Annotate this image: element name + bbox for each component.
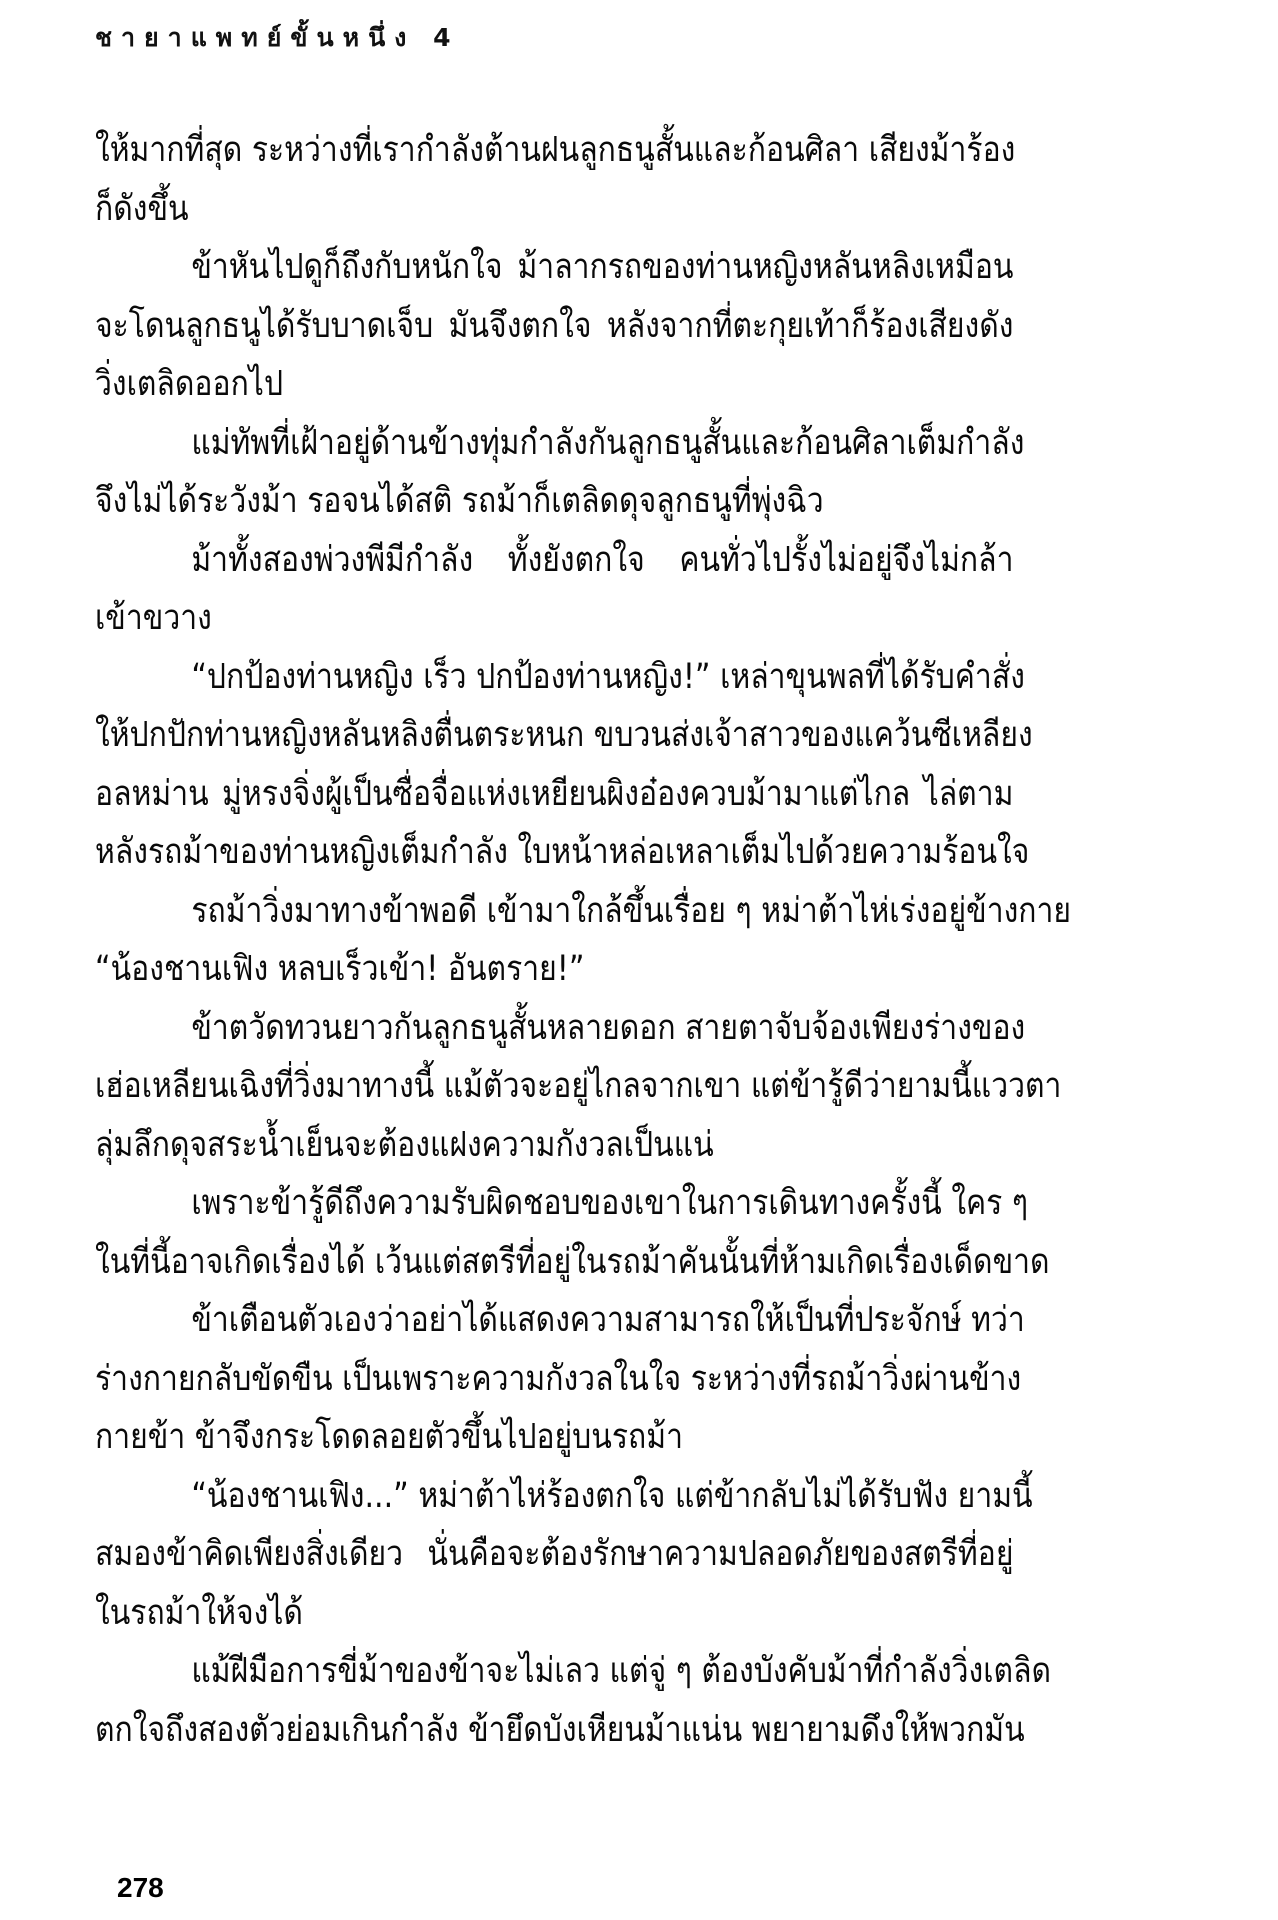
text-line: แม่ทัพที่เฝ้าอยู่ด้านข้างทุ่มกำลังกันลูก… <box>95 421 1013 465</box>
text-line: ตกใจถึงสองตัวย่อมเกินกำลัง ข้ายึดบังเหีย… <box>95 1708 1013 1752</box>
text-line: วิ่งเตลิดออกไป <box>95 362 1013 406</box>
text-line: ในที่นี้อาจเกิดเรื่องได้ เว้นแต่สตรีที่อ… <box>95 1240 1013 1284</box>
text-line: รถม้าวิ่งมาทางข้าพอดี เข้ามาใกล้ขึ้นเรื่… <box>95 889 1013 933</box>
text-line: “น้องชานเฟิง...” หม่าต้าไห่ร้องตกใจ แต่ข… <box>95 1474 1013 1518</box>
text-line: เข้าขวาง <box>95 596 1013 640</box>
text-line: ข้าหันไปดูก็ถึงกับหนักใจ ม้าลากรถของท่าน… <box>95 245 1013 289</box>
text-line: ข้าตวัดทวนยาวกันลูกธนูสั้นหลายดอก สายตาจ… <box>95 1006 1013 1050</box>
text-line: “น้องชานเฟิง หลบเร็วเข้า! อันตราย!” <box>95 947 1013 991</box>
text-line: จึงไม่ได้ระวังม้า รอจนได้สติ รถม้าก็เตลิ… <box>95 479 1013 523</box>
text-line: ม้าทั้งสองพ่วงพีมีกำลัง ทั้งยังตกใจ คนทั… <box>95 538 1013 582</box>
running-header-title: ชายาแพทย์ขั้นหนึ่ง 4 <box>95 18 459 58</box>
text-line: สมองข้าคิดเพียงสิ่งเดียว นั่นคือจะต้องรั… <box>95 1532 1013 1576</box>
text-line: ก็ดังขึ้น <box>95 187 1013 231</box>
book-page: ชายาแพทย์ขั้นหนึ่ง 4 ให้มากที่สุด ระหว่า… <box>0 0 1278 1920</box>
text-line: กายข้า ข้าจึงกระโดดลอยตัวขึ้นไปอยู่บนรถม… <box>95 1415 1013 1459</box>
text-line: ลุ่มลึกดุจสระน้ำเย็นจะต้องแฝงความกังวลเป… <box>95 1123 1013 1167</box>
text-line: ให้ปกปักท่านหญิงหลันหลิงตื่นตระหนก ขบวนส… <box>95 713 1013 757</box>
text-line: ร่างกายกลับขัดขืน เป็นเพราะความกังวลในใจ… <box>95 1357 1013 1401</box>
text-line: เฮ่อเหลียนเฉิงที่วิ่งมาทางนี้ แม้ตัวจะอย… <box>95 1064 1013 1108</box>
text-line: ในรถม้าให้จงได้ <box>95 1591 1013 1635</box>
text-line: แม้ฝีมือการขี่ม้าของข้าจะไม่เลว แต่จู่ ๆ… <box>95 1649 1013 1693</box>
text-line: ข้าเตือนตัวเองว่าอย่าได้แสดงความสามารถให… <box>95 1298 1013 1342</box>
text-line: อลหม่าน มู่หรงจิ่งผู้เป็นซื่อจื่อแห่งเหย… <box>95 772 1013 816</box>
text-line: จะโดนลูกธนูได้รับบาดเจ็บ มันจึงตกใจ หลัง… <box>95 304 1013 348</box>
text-line: หลังรถม้าของท่านหญิงเต็มกำลัง ใบหน้าหล่อ… <box>95 830 1013 874</box>
text-line: “ปกป้องท่านหญิง เร็ว ปกป้องท่านหญิง!” เห… <box>95 655 1013 699</box>
text-line: ให้มากที่สุด ระหว่างที่เรากำลังต้านฝนลูก… <box>95 128 1013 172</box>
page-number: 278 <box>117 1872 164 1904</box>
text-line: เพราะข้ารู้ดีถึงความรับผิดชอบของเขาในการ… <box>95 1181 1013 1225</box>
